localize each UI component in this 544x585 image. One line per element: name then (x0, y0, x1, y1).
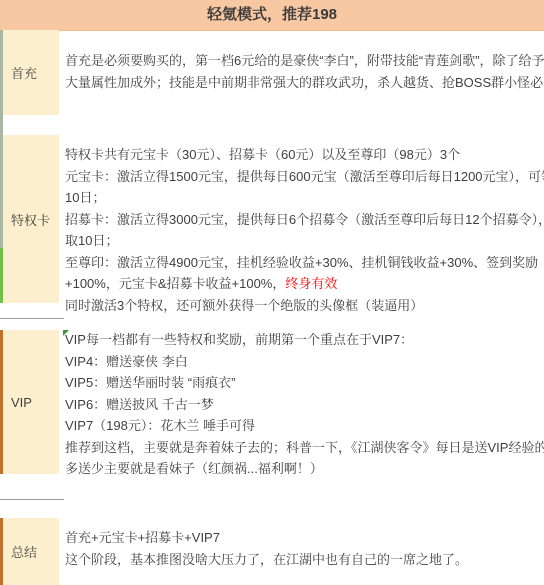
text-line: 至尊印：激活立得4900元宝，挂机经验收益+30%、挂机铜钱收益+30%、签到奖… (65, 252, 543, 274)
text-segment: +100%，元宝卡&招募卡收益+100%， (65, 276, 285, 291)
left-stripe (0, 115, 3, 135)
gridline (0, 499, 64, 500)
page-title: 轻氪模式，推荐198 (0, 0, 544, 30)
content-cell-vip[interactable]: VIP每一档都有一些特权和奖励，前期第一个重点在于VIP7： VIP4：赠送豪侠… (65, 329, 543, 480)
row-label-cell-zongjie[interactable]: 总结 (0, 518, 59, 585)
row-label: VIP (11, 395, 32, 410)
text-line: 特权卡共有元宝卡（30元）、招募卡（60元）以及至尊印（98元）3个 (65, 144, 543, 166)
gridline (0, 318, 64, 319)
content-cell-tequanka[interactable]: 特权卡共有元宝卡（30元）、招募卡（60元）以及至尊印（98元）3个 元宝卡：激… (65, 144, 543, 316)
text-line: 招募卡：激活立得3000元宝，提供每日6个招募令（激活至尊印后每日12个招募令）… (65, 209, 543, 231)
text-line: VIP5：赠送华丽时装 “雨痕衣” (65, 372, 543, 394)
text-line: 大量属性加成外；技能是中前期非常强大的群攻武功，杀人越货、抢BOSS群小怪必备； (65, 72, 543, 94)
text-line: VIP每一档都有一些特权和奖励，前期第一个重点在于VIP7： (65, 329, 543, 351)
text-line: 首充是必须要购买的，第一档6元给的是豪侠“李白”，附带技能“青莲剑歌”，除了给予 (65, 50, 543, 72)
text-line: 推荐到这档，主要就是奔着妹子去的；科普一下，《江湖侠客令》每日是送VIP经验的，… (65, 437, 543, 459)
text-line: 这个阶段，基本推图没啥大压力了，在江湖中也有自己的一席之地了。 (65, 549, 543, 571)
header-row: 轻氪模式，推荐198 (0, 0, 544, 31)
text-line: VIP6：赠送披风 千古一梦 (65, 394, 543, 416)
text-line: +100%，元宝卡&招募卡收益+100%，终身有效 (65, 273, 543, 295)
spreadsheet-region: 轻氪模式，推荐198 首充 特权卡 VIP 总结 首充是必须要购买的，第一档6元… (0, 0, 544, 585)
text-line: VIP7（198元）：花木兰 唾手可得 (65, 415, 543, 437)
text-line: 多送少主要就是看妹子（红颜祸...福利啊！） (65, 458, 543, 480)
text-line: 元宝卡：激活立得1500元宝，提供每日600元宝（激活至尊印后每日1200元宝）… (65, 166, 543, 188)
text-line: 取10日； (65, 230, 543, 252)
left-stripe-green (0, 248, 3, 303)
text-line: 同时激活3个特权，还可额外获得一个绝版的头像框（装逼用） (65, 295, 543, 317)
text-line: VIP4：赠送豪侠 李白 (65, 351, 543, 373)
row-label: 首充 (11, 63, 37, 82)
highlighted-text: 终身有效 (285, 276, 337, 291)
text-line: 首充+元宝卡+招募卡+VIP7 (65, 527, 543, 549)
row-label-cell-shouchong[interactable]: 首充 (0, 30, 59, 115)
content-cell-shouchong[interactable]: 首充是必须要购买的，第一档6元给的是豪侠“李白”，附带技能“青莲剑歌”，除了给予… (65, 50, 543, 93)
row-label-cell-tequanka[interactable]: 特权卡 (0, 135, 59, 303)
row-label: 总结 (11, 542, 37, 561)
text-line: 10日； (65, 187, 543, 209)
row-label-cell-vip[interactable]: VIP (0, 330, 59, 474)
row-label: 特权卡 (11, 210, 50, 229)
content-cell-zongjie[interactable]: 首充+元宝卡+招募卡+VIP7 这个阶段，基本推图没啥大压力了，在江湖中也有自己… (65, 527, 543, 570)
